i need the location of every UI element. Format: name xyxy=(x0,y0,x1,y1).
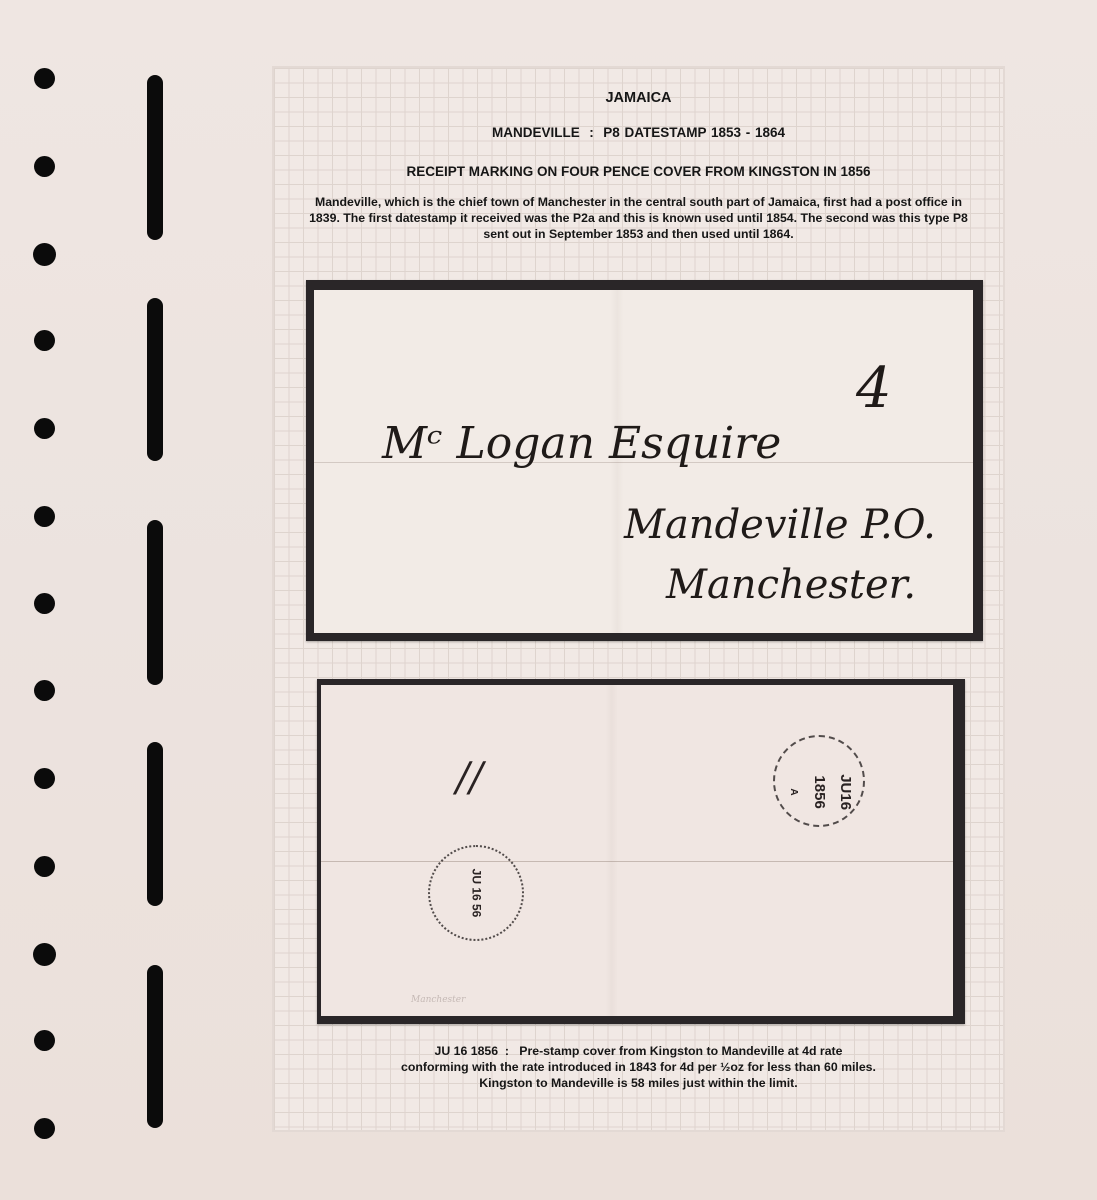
caption-line: Kingston to Mandeville is 58 miles just … xyxy=(274,1075,1003,1091)
binder-hole xyxy=(34,68,55,89)
cover-front-mount: 4 Mᶜ Logan Esquire Mandeville P.O. Manch… xyxy=(306,280,983,641)
page-heading: RECEIPT MARKING ON FOUR PENCE COVER FROM… xyxy=(274,164,1003,179)
binder-hole xyxy=(34,768,55,789)
stamp-date: JU 16 56 xyxy=(470,869,482,918)
page-title: JAMAICA xyxy=(274,90,1003,106)
binder-hole xyxy=(34,593,55,614)
cover-back-image: // JU16 1856 A JU 16 56 Manchester xyxy=(321,685,953,1016)
binder-hole xyxy=(34,1030,55,1051)
kingston-datestamp: JU16 1856 A xyxy=(773,735,865,827)
binder-hole xyxy=(33,243,56,266)
binder-hole xyxy=(34,1118,55,1139)
stamp-year: 1856 xyxy=(811,775,828,808)
mandeville-datestamp: JU 16 56 xyxy=(428,845,524,941)
cover-front-image: 4 Mᶜ Logan Esquire Mandeville P.O. Manch… xyxy=(314,290,973,633)
binder-hole xyxy=(34,506,55,527)
binder-hole xyxy=(33,943,56,966)
address-line: Mᶜ Logan Esquire xyxy=(382,418,781,469)
manuscript-mark: // xyxy=(456,755,483,801)
binder-hole xyxy=(34,330,55,351)
binder-hole xyxy=(34,156,55,177)
intro-paragraph: Mandeville, which is the chief town of M… xyxy=(274,194,1003,242)
binder-hole xyxy=(34,680,55,701)
address-line: Manchester. xyxy=(666,562,916,608)
binder-hole xyxy=(34,856,55,877)
binder-slot xyxy=(147,965,163,1128)
caption: JU 16 1856 : Pre-stamp cover from Kingst… xyxy=(274,1043,1003,1091)
pencil-note: Manchester xyxy=(411,995,465,1005)
stamp-code: A xyxy=(788,788,799,795)
rate-marking: 4 xyxy=(856,356,892,421)
stamp-date: JU16 xyxy=(837,774,854,810)
binder-slot xyxy=(147,742,163,906)
binder-slot xyxy=(147,75,163,240)
page-subtitle: MANDEVILLE : P8 DATESTAMP 1853 - 1864 xyxy=(274,125,1003,140)
cover-back-mount: // JU16 1856 A JU 16 56 Manchester xyxy=(317,679,965,1024)
caption-line: conforming with the rate introduced in 1… xyxy=(274,1059,1003,1075)
binder-hole xyxy=(34,418,55,439)
binder-slot xyxy=(147,520,163,685)
caption-line: JU 16 1856 : Pre-stamp cover from Kingst… xyxy=(274,1043,1003,1059)
binder-slot xyxy=(147,298,163,461)
address-line: Mandeville P.O. xyxy=(624,502,936,548)
